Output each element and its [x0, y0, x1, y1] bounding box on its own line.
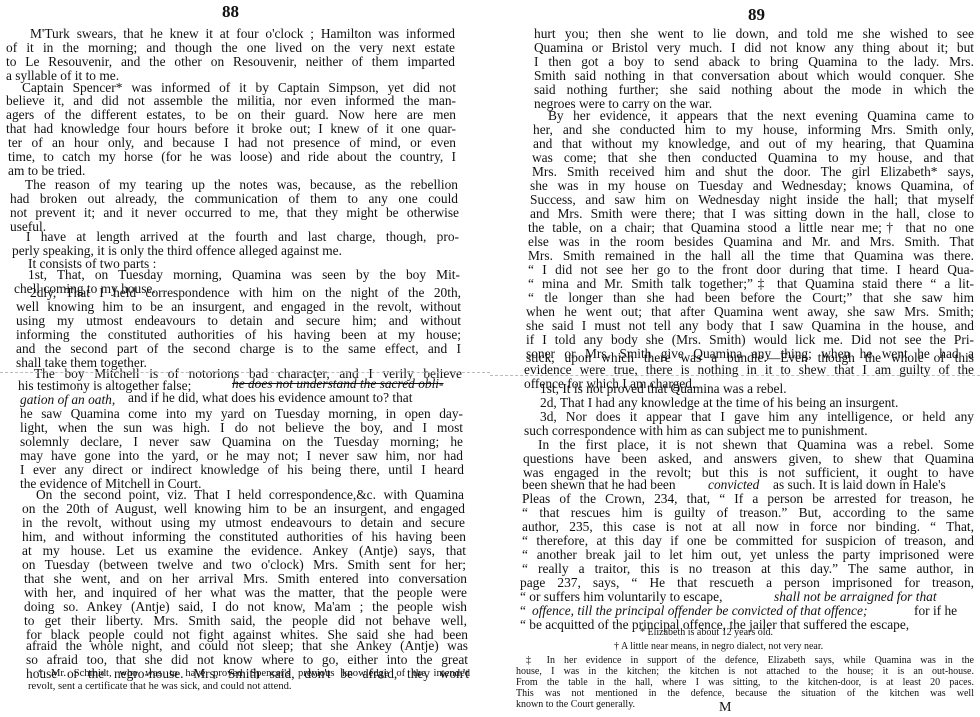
- emphasis-text: convicted: [708, 477, 759, 492]
- footnote-line: * Elizabeth is about 12 years old.: [640, 627, 773, 638]
- text-line: the table, on a chair; that Quamina stoo…: [528, 220, 974, 235]
- text-line: page 237, says, “ He that rescueth a per…: [520, 575, 974, 590]
- quote-mark: “: [520, 603, 526, 618]
- text-line: not prevent it; and it never occurred to…: [10, 205, 459, 220]
- text-line: I have at length arrived at the fourth a…: [26, 229, 459, 244]
- text-line: solemnly declare, I never saw Quamina on…: [20, 434, 463, 449]
- text-line: when he went out; that after Quamina wen…: [526, 304, 974, 319]
- text-line: “ mina and Mr. Smith talk together;”‡ th…: [528, 276, 974, 291]
- text-line: Success, and saw him on Wednesday night …: [530, 192, 974, 207]
- text-line: at my house. Let us examine the evidence…: [22, 543, 466, 558]
- text-line: author, 235, this case is not at all now…: [522, 519, 974, 534]
- text-line: Mrs. Smith remained in the hall all the …: [528, 248, 974, 263]
- list-item: 2d, That I had any knowledge at the time…: [540, 395, 898, 410]
- text-line: on the 20th of August, well knowing him …: [22, 501, 465, 516]
- footnote-line: † A little near means, in negro dialect,…: [614, 641, 823, 652]
- text-line: of it in the morning; and though the one…: [6, 40, 455, 55]
- text-line: 2dly, That I held correspondence with hi…: [30, 285, 461, 300]
- footnote-line: revolt, sent a certificate that he was s…: [28, 681, 292, 693]
- scan-rule: [0, 372, 490, 373]
- text-line: “ really a traitor, this is no treason a…: [522, 561, 974, 576]
- text-line: “ another break jail to let him out, yet…: [522, 547, 974, 562]
- text-line: “ or suffers him voluntarily to escape,: [520, 589, 722, 604]
- text-line: 1st, That, on Tuesday morning, Quamina w…: [28, 267, 460, 282]
- emphasis-text: offence, till the principal offender be …: [532, 603, 867, 618]
- text-line: may have gone into the yard, or he may n…: [20, 448, 463, 463]
- text-line: on Tuesday (between twelve and two o'clo…: [22, 557, 466, 572]
- text-line: light, when the sun was high. I do not b…: [20, 420, 463, 435]
- text-line: him, and without informing the constitut…: [22, 529, 466, 544]
- text-line: and the second part of the second charge…: [16, 341, 461, 356]
- text-line: Pleas of the Crown, 234, that, “ If a pe…: [522, 491, 974, 506]
- text-line: such correspondence with him as can subj…: [524, 423, 868, 438]
- text-line: with her, and inquired of her what was t…: [24, 585, 467, 600]
- text-line: I then got a boy to send aback to bring …: [534, 54, 974, 69]
- text-line: in the revolt, without using my utmost e…: [22, 515, 465, 530]
- text-line: she was in my house on Tuesday and Wedne…: [530, 178, 974, 193]
- text-line: gation of an oath,: [20, 392, 115, 407]
- text-line: M'Turk swears, that he knew it at four o…: [20, 26, 455, 41]
- text-line: I ever any direct or indirect knowledge …: [20, 462, 464, 477]
- text-line: On the second point, viz. That I held co…: [36, 487, 464, 502]
- text-line: believe it, and did not assemble the mil…: [6, 93, 456, 108]
- text-line: Quamina or Bristol very much. I did not …: [534, 40, 974, 55]
- text-line: was come; that she then conducted Quamin…: [532, 150, 974, 165]
- text-line: to Le Resouvenir, and the other on Resou…: [6, 54, 455, 69]
- text-line: “ I did not see her go to the front door…: [528, 262, 974, 277]
- text-line: In the first place, it is not shewn that…: [538, 437, 974, 452]
- text-line: using my utmost endeavours to detain and…: [16, 313, 461, 328]
- scan-rule: [490, 375, 980, 376]
- list-item: 3d, Nor does it appear that I gave him a…: [540, 409, 974, 424]
- text-line: informing the constituted authorities of…: [16, 327, 461, 342]
- text-line: said nothing further; she said nothing a…: [534, 82, 974, 97]
- text-line: she said I must not tell any body that I…: [526, 318, 974, 333]
- left-page: 88 M'Turk swears, that he knew it at fou…: [0, 0, 490, 717]
- text-line: and Mrs. Smith were there; that I was si…: [530, 206, 974, 221]
- text-line: time, to catch my horse (for he was loos…: [8, 149, 456, 164]
- text-line: agers of the different estates, to be on…: [6, 107, 456, 122]
- page-number: 88: [222, 2, 239, 22]
- text-line: “ tle longer than she had been before th…: [528, 290, 974, 305]
- text-line: Mrs. Smith received him and shut the doo…: [532, 164, 974, 179]
- signature-mark: M: [719, 700, 731, 716]
- text-line: so afraid too, that she did not know whe…: [26, 652, 468, 667]
- text-line: he saw Quamina come into my yard on Tues…: [20, 406, 463, 421]
- text-line: and if he did, what does his evidence am…: [128, 390, 412, 405]
- text-line: The reason of my tearing up the notes wa…: [25, 177, 458, 192]
- text-line: her, and she conducted him to my house, …: [533, 122, 974, 137]
- text-line: ter of an hour only, and because I had n…: [8, 135, 456, 150]
- text-line: afraid the whole night, and could not sl…: [26, 638, 468, 653]
- text-line: “ that rescues him is guilty of treason.…: [522, 505, 974, 520]
- list-item: 1st, It is not proved that Quamina was a…: [540, 381, 787, 396]
- text-line: By her evidence, it appears that the nex…: [548, 108, 974, 123]
- page-number: 89: [748, 5, 765, 25]
- text-line: that she went, and on her arrival Mrs. S…: [24, 571, 467, 586]
- struck-text: he does not understand the sacred obli-: [232, 376, 444, 391]
- text-line: else was in the room besides Quamina and…: [528, 234, 974, 249]
- text-line: as such. It is laid down in Hale's: [773, 477, 946, 492]
- text-line: to get their liberty. Mrs. Smith said, t…: [24, 613, 467, 628]
- text-line: been shewn that he had been: [522, 477, 676, 492]
- emphasis-text: shall not be arraigned for that: [774, 589, 937, 604]
- right-page: 89 hurt you; then she went to lie down, …: [490, 0, 980, 717]
- text-line: Smith said nothing in that conversation …: [534, 68, 974, 83]
- text-line: well knowing him to be an insurgent, and…: [16, 299, 461, 314]
- footnote-line: known to the Court generally.: [516, 699, 635, 710]
- text-line: had broken out already, the communicatio…: [10, 191, 458, 206]
- text-line: “ therefore, at this day if one be commi…: [522, 533, 974, 548]
- text-line: that had knowledge four hours before it …: [6, 121, 456, 136]
- text-line: questions have been asked, and answers g…: [523, 451, 974, 466]
- text-line: am to be tried.: [8, 163, 85, 178]
- text-line: for if he: [914, 603, 957, 618]
- text-line: doing so. Ankey (Antje) said, I do not k…: [24, 599, 467, 614]
- text-line: hurt you; then she went to lie down, and…: [534, 26, 974, 41]
- text-line: if I told any body she (Mrs. Smith) woul…: [526, 332, 974, 347]
- text-line: and that without my knowledge, and out o…: [533, 136, 974, 151]
